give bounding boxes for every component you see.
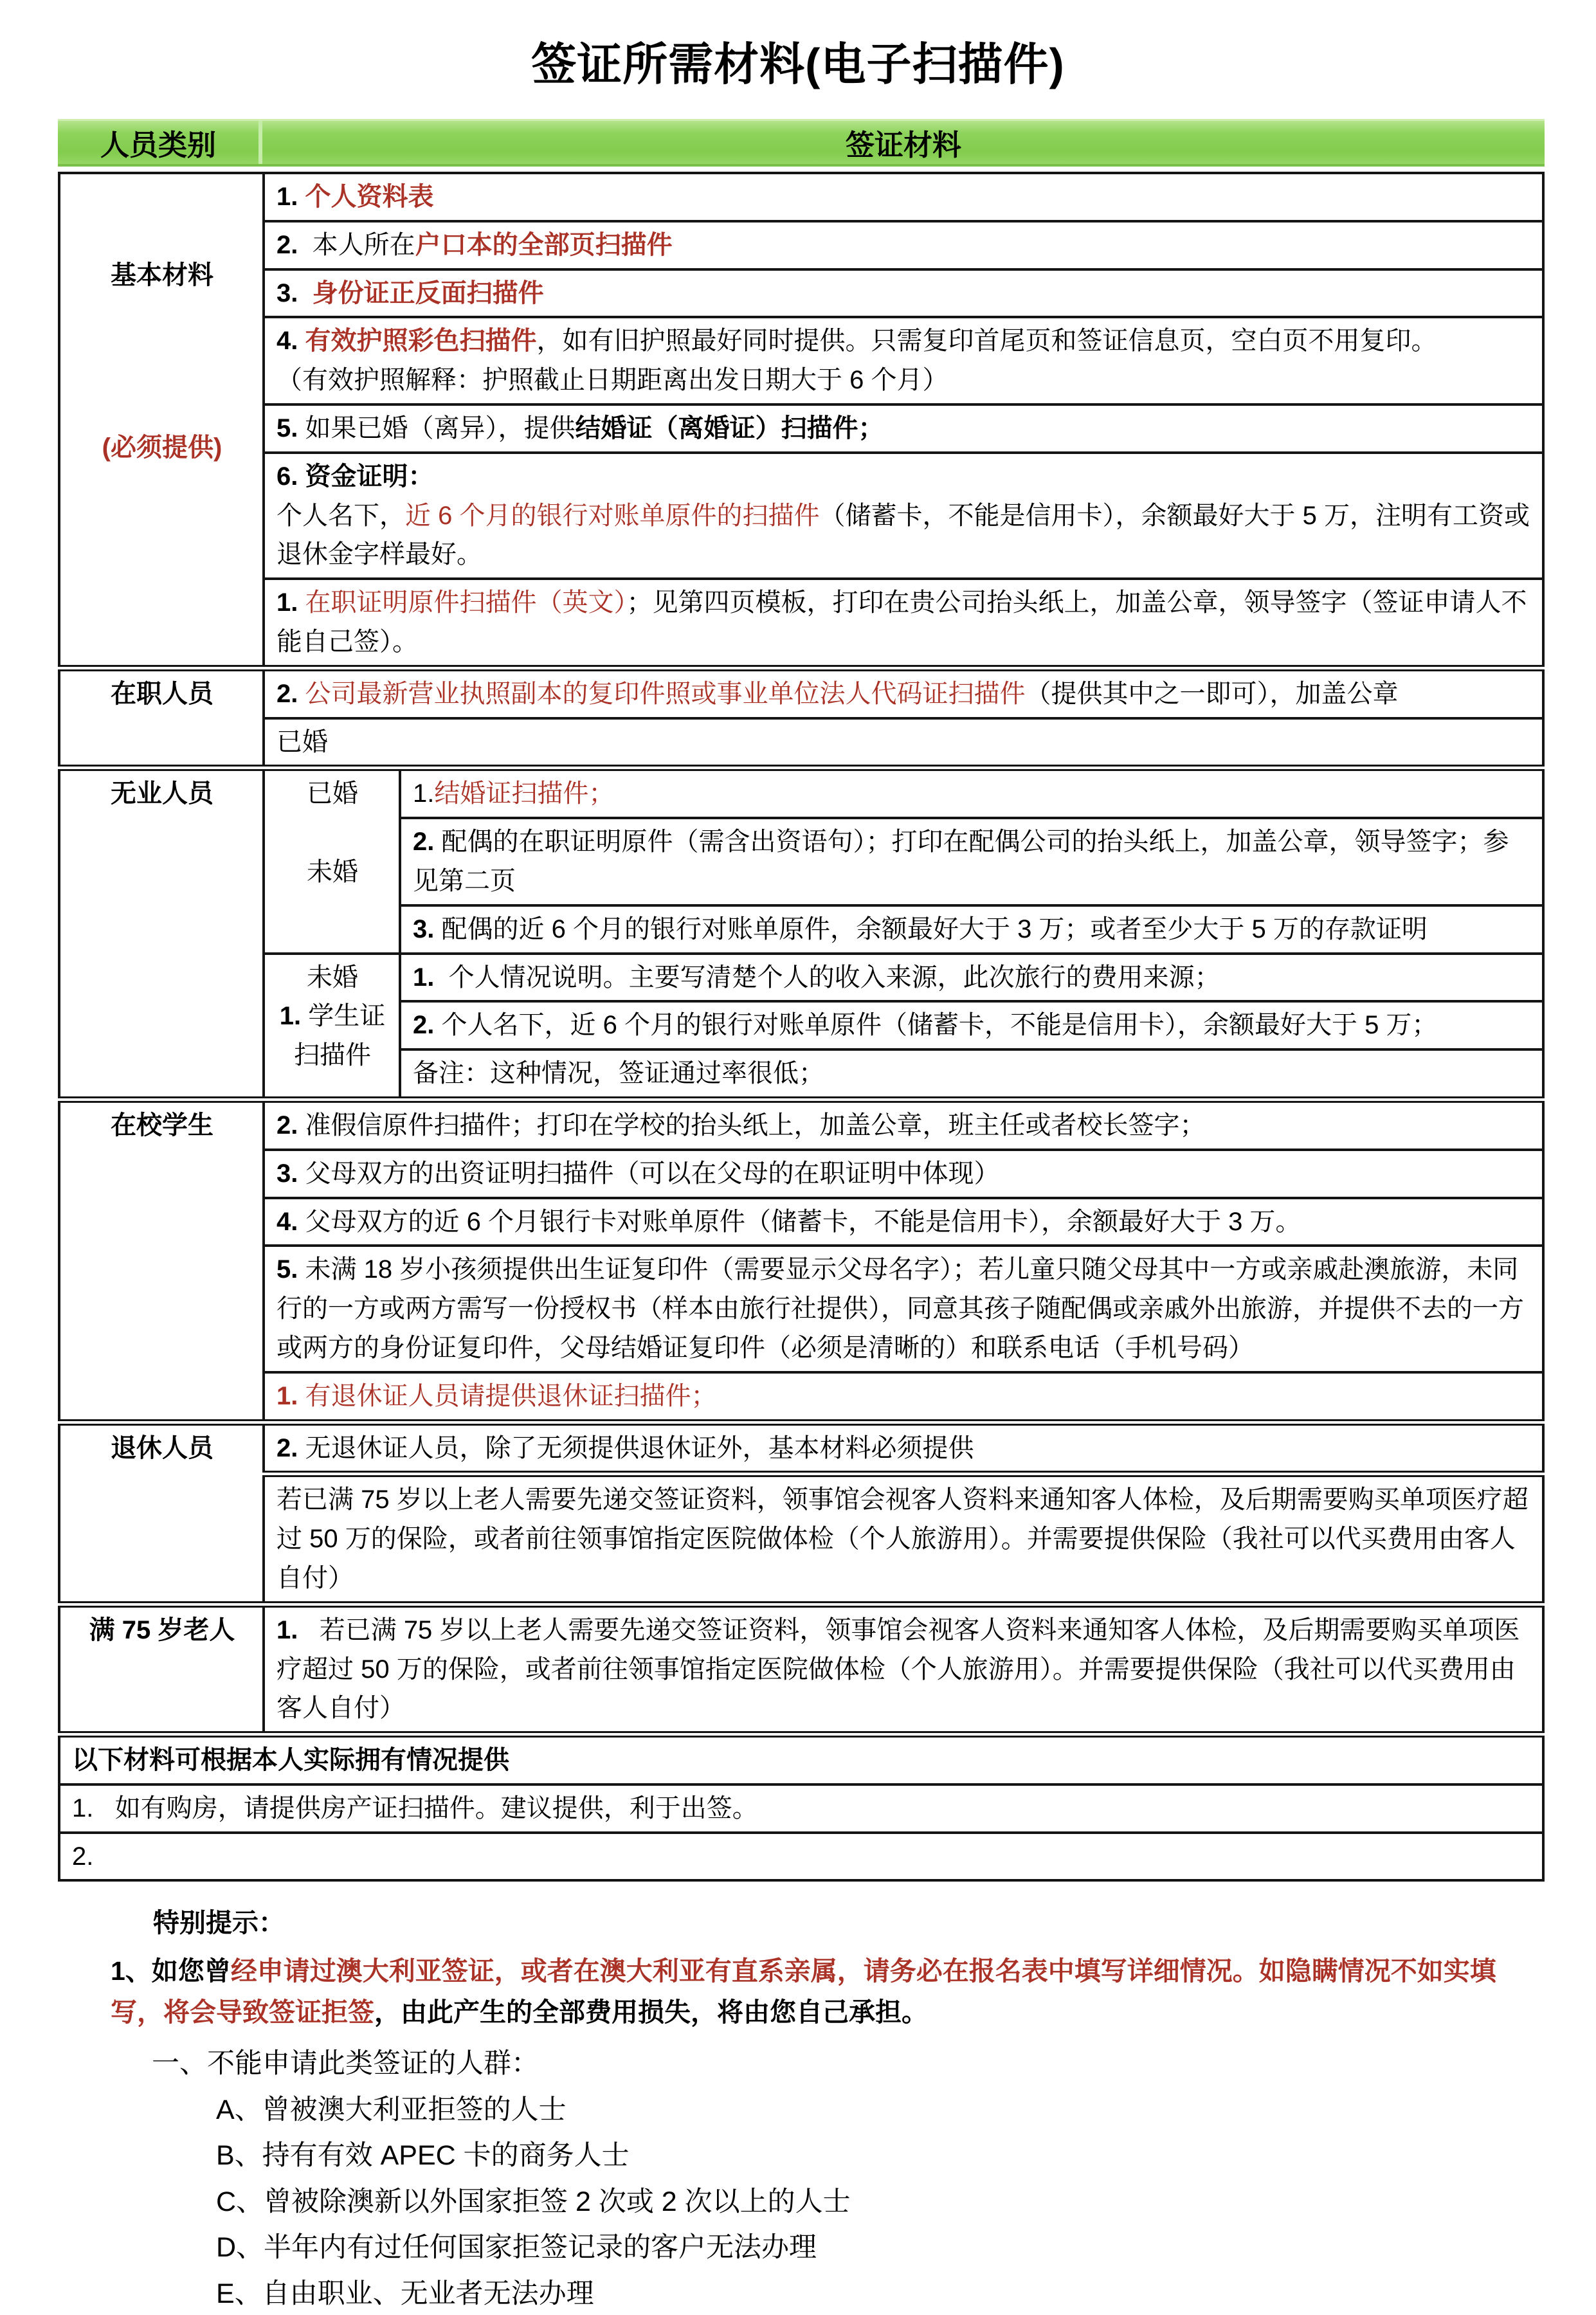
- list-item: B、持有有效 APEC 卡的商务人士: [216, 2136, 1596, 2177]
- list-item: C、曾被除澳新以外国家拒签 2 次或 2 次以上的人士: [216, 2182, 1596, 2223]
- category-student: 在校学生: [59, 1100, 264, 1422]
- excluded-groups-heading: 一、不能申请此类签证的人群：: [152, 2043, 1596, 2085]
- category-unemployed: 无业人员: [59, 768, 264, 1100]
- special-notes-paragraph: 1、如您曾经申请过澳大利亚签证，或者在澳大利亚有直系亲属，请务必在报名表中填写详…: [111, 1951, 1512, 2033]
- list-item: A、曾被澳大利亚拒签的人士: [216, 2090, 1596, 2131]
- material-cell: 1. 在职证明原件扫描件（英文）；见第四页模板，打印在贵公司抬头纸上，加盖公章，…: [264, 579, 1543, 668]
- category-retired: 退休人员: [59, 1422, 264, 1604]
- material-cell: 2. 本人所在户口本的全部页扫描件: [264, 221, 1543, 269]
- material-cell: 2. 准假信原件扫描件；打印在学校的抬头纸上，加盖公章，班主任或者校长签字；: [264, 1100, 1543, 1150]
- table-row: 4. 有效护照彩色扫描件，如有旧护照最好同时提供。只需复印首尾页和签证信息页，空…: [59, 317, 1543, 404]
- category-basic: 基本材料 (必须提供): [59, 173, 264, 668]
- material-cell: 若已满 75 岁以上老人需要先递交签证资料，领事馆会视客人资料来通知客人体检，及…: [264, 1474, 1543, 1604]
- marital-status-cell: 已婚 未婚: [264, 768, 400, 953]
- excluded-groups-list: A、曾被澳大利亚拒签的人士 B、持有有效 APEC 卡的商务人士 C、曾被除澳新…: [216, 2090, 1596, 2315]
- material-cell: 4. 有效护照彩色扫描件，如有旧护照最好同时提供。只需复印首尾页和签证信息页，空…: [264, 317, 1543, 404]
- special-notes-heading: 特别提示：: [153, 1903, 1596, 1943]
- special-notes: 特别提示： 1、如您曾经申请过澳大利亚签证，或者在澳大利亚有直系亲属，请务必在报…: [0, 1903, 1596, 2314]
- table-row: 若已满 75 岁以上老人需要先递交签证资料，领事馆会视客人资料来通知客人体检，及…: [59, 1474, 1543, 1604]
- table-row: 3. 身份证正反面扫描件: [59, 269, 1543, 318]
- table-row: 在职人员 2. 公司最新营业执照副本的复印件照或事业单位法人代码证扫描件（提供其…: [59, 668, 1543, 718]
- header-person-category: 人员类别: [58, 121, 262, 164]
- material-cell: 4. 父母双方的近 6 个月银行卡对账单原件（储蓄卡，不能是信用卡），余额最好大…: [264, 1198, 1543, 1246]
- material-cell: 5. 如果已婚（离异），提供结婚证（离婚证）扫描件；: [264, 404, 1543, 453]
- material-cell: 5. 未满 18 岁小孩须提供出生证复印件（需要显示父母名字）；若儿童只随父母其…: [264, 1246, 1543, 1372]
- table-row: 在校学生 2. 准假信原件扫描件；打印在学校的抬头纸上，加盖公章，班主任或者校长…: [59, 1100, 1543, 1150]
- header-visa-materials: 签证材料: [262, 121, 1545, 164]
- material-cell: 3. 父母双方的出资证明扫描件（可以在父母的在职证明中体现）: [264, 1150, 1543, 1198]
- optional-material-cell: 1. 如有购房，请提供房产证扫描件。建议提供，利于出签。: [59, 1784, 1543, 1833]
- table-row: 5. 如果已婚（离异），提供结婚证（离婚证）扫描件；: [59, 404, 1543, 453]
- material-cell: 3. 身份证正反面扫描件: [264, 269, 1543, 318]
- table-header-row: 人员类别 签证材料: [58, 119, 1545, 167]
- material-cell: 3. 配偶的近 6 个月的银行对账单原件，余额最好大于 3 万；或者至少大于 5…: [400, 905, 1543, 954]
- table-row: 1. 如有购房，请提供房产证扫描件。建议提供，利于出签。: [59, 1784, 1543, 1833]
- marital-status-cell: 未婚 1. 学生证扫描件: [264, 954, 400, 1100]
- material-cell: 2. 配偶的在职证明原件（需含出资语句）；打印在配偶公司的抬头纸上，加盖公章，领…: [400, 818, 1543, 905]
- table-row: 5. 未满 18 岁小孩须提供出生证复印件（需要显示父母名字）；若儿童只随父母其…: [59, 1246, 1543, 1372]
- material-cell: 1.结婚证扫描件；: [400, 768, 1543, 818]
- table-row: 1. 在职证明原件扫描件（英文）；见第四页模板，打印在贵公司抬头纸上，加盖公章，…: [59, 579, 1543, 668]
- material-cell: 6. 资金证明： 个人名下，近 6 个月的银行对账单原件的扫描件（储蓄卡，不能是…: [264, 453, 1543, 579]
- material-cell: 2. 个人名下，近 6 个月的银行对账单原件（储蓄卡，不能是信用卡），余额最好大…: [400, 1001, 1543, 1049]
- category-basic-label: 基本材料: [72, 256, 252, 295]
- list-item: E、自由职业、无业者无法办理: [216, 2274, 1596, 2315]
- material-cell: 1. 个人资料表: [264, 173, 1543, 221]
- table-row: 6. 资金证明： 个人名下，近 6 个月的银行对账单原件的扫描件（储蓄卡，不能是…: [59, 453, 1543, 579]
- table-row: 无业人员 已婚 未婚 1.结婚证扫描件；: [59, 768, 1543, 818]
- material-cell: 备注：这种情况，签证通过率很低；: [400, 1049, 1543, 1100]
- category-over-75: 满 75 岁老人: [59, 1604, 264, 1734]
- table-row: 2. 本人所在户口本的全部页扫描件: [59, 221, 1543, 269]
- table-row: 已婚: [59, 718, 1543, 768]
- table-row: 4. 父母双方的近 6 个月银行卡对账单原件（储蓄卡，不能是信用卡），余额最好大…: [59, 1198, 1543, 1246]
- table-row: 满 75 岁老人 1. 若已满 75 岁以上老人需要先递交签证资料，领事馆会视客…: [59, 1604, 1543, 1734]
- optional-material-cell: 2.: [59, 1833, 1543, 1881]
- table-row: 以下材料可根据本人实际拥有情况提供: [59, 1734, 1543, 1784]
- optional-materials-heading: 以下材料可根据本人实际拥有情况提供: [59, 1734, 1543, 1784]
- material-cell: 2. 公司最新营业执照副本的复印件照或事业单位法人代码证扫描件（提供其中之一即可…: [264, 668, 1543, 718]
- table-row: 1. 有退休证人员请提供退休证扫描件；: [59, 1372, 1543, 1422]
- list-item: D、半年内有过任何国家拒签记录的客户无法办理: [216, 2228, 1596, 2269]
- table-row: 2.: [59, 1833, 1543, 1881]
- material-cell: 1. 个人情况说明。主要写清楚个人的收入来源，此次旅行的费用来源；: [400, 954, 1543, 1002]
- document-page: 签证所需材料(电子扫描件) 人员类别 签证材料 基本材料 (必须提供) 1. 个…: [0, 0, 1596, 2315]
- table-row: 退休人员 2. 无退休证人员，除了无须提供退休证外，基本材料必须提供: [59, 1422, 1543, 1475]
- material-cell: 1. 若已满 75 岁以上老人需要先递交签证资料，领事馆会视客人资料来通知客人体…: [264, 1604, 1543, 1734]
- table-row: 基本材料 (必须提供) 1. 个人资料表: [59, 173, 1543, 221]
- table-row: 未婚 1. 学生证扫描件 1. 个人情况说明。主要写清楚个人的收入来源，此次旅行…: [59, 954, 1543, 1002]
- category-employed: 在职人员: [59, 668, 264, 768]
- visa-materials-table: 基本材料 (必须提供) 1. 个人资料表 2. 本人所在户口本的全部页扫描件 3…: [58, 172, 1545, 1882]
- page-title: 签证所需材料(电子扫描件): [0, 28, 1596, 93]
- category-basic-note: (必须提供): [72, 428, 252, 468]
- table-row: 3. 父母双方的出资证明扫描件（可以在父母的在职证明中体现）: [59, 1150, 1543, 1198]
- material-cell: 已婚: [264, 718, 1543, 768]
- material-cell: 2. 无退休证人员，除了无须提供退休证外，基本材料必须提供: [264, 1422, 1543, 1475]
- material-cell: 1. 有退休证人员请提供退休证扫描件；: [264, 1372, 1543, 1422]
